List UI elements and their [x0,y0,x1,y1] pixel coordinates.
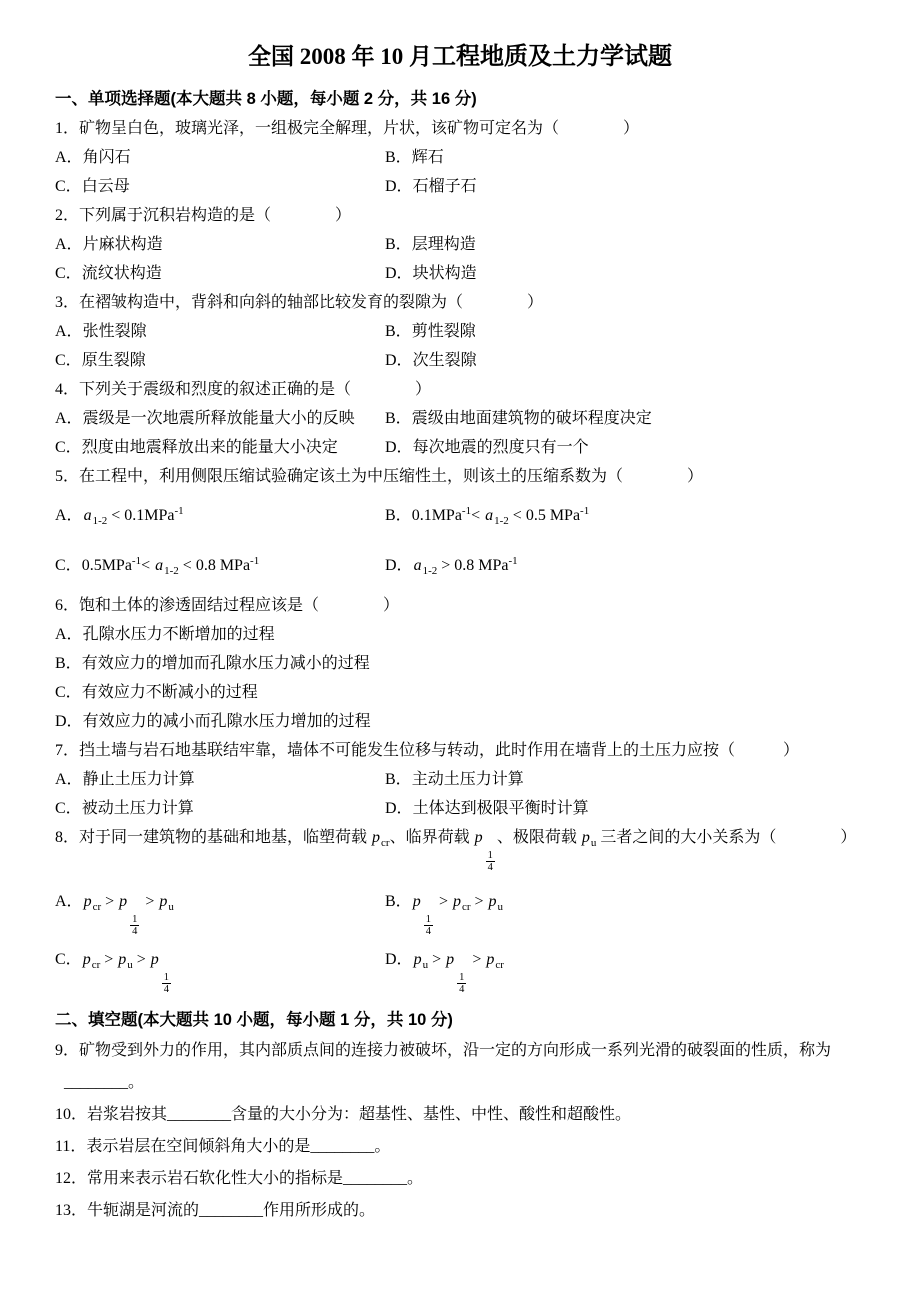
option-text: 原生裂隙 [82,352,146,369]
question-5-option-c: C．0.5MPa-1< a1-2 < 0.8 MPa-1 [55,541,385,591]
question-5-options: A．a1-2 < 0.1MPa-1 B．0.1MPa-1< a1-2 < 0.5… [55,491,865,591]
question-2-stem: 2．下列属于沉积岩构造的是（ ） [55,201,865,230]
question-9-line1: 9．矿物受到外力的作用，其内部质点间的连接力被破坏，沿一定的方向形成一系列光滑的… [55,1035,865,1067]
question-1-options: A．角闪石 B．辉石 C．白云母 D．石榴子石 [55,143,865,201]
option-text: 烈度由地震释放出来的能量大小决定 [82,439,338,456]
option-text: 辉石 [412,149,444,166]
question-8-option-c: C．pcr > pu > p14 [55,937,385,995]
option-text: 白云母 [82,178,130,195]
question-3-option-d: D．次生裂隙 [385,346,865,375]
question-7-option-a: A．静止土压力计算 [55,765,385,794]
question-7-option-c: C．被动土压力计算 [55,794,385,823]
question-4-stem: 4．下列关于震级和烈度的叙述正确的是（ ） [55,375,865,404]
question-6-option-a: A．孔隙水压力不断增加的过程 [55,620,865,649]
question-6-option-d: D．有效应力的减小而孔隙水压力增加的过程 [55,707,865,736]
question-8-stem: 8．对于同一建筑物的基础和地基，临塑荷载 pcr、临界荷载 p14、极限荷载 p… [55,823,865,879]
question-5: 5．在工程中，利用侧限压缩试验确定该土为中压缩性土，则该土的压缩系数为（ ） A… [55,462,865,591]
option-label: B． [385,410,412,427]
question-13: 13．牛轭湖是河流的________作用所形成的。 [55,1195,865,1227]
title-date: 全国 2008 年 10 月 [248,44,432,69]
question-4-options: A．震级是一次地震所释放能量大小的反映 B．震级由地面建筑物的破坏程度决定 C．… [55,404,865,462]
question-3: 3．在褶皱构造中，背斜和向斜的轴部比较发育的裂隙为（ ） A．张性裂隙 B．剪性… [55,288,865,375]
question-4-option-d: D．每次地震的烈度只有一个 [385,433,865,462]
section-two-heading: 二、填空题(本大题共 10 小题，每小题 1 分，共 10 分) [55,1005,865,1035]
option-label: A． [55,507,83,524]
question-6-stem: 6．饱和土体的渗透固结过程应该是（ ） [55,591,865,620]
question-7-option-b: B．主动土压力计算 [385,765,865,794]
exam-page: 全国 2008 年 10 月工程地质及土力学试题 一、单项选择题(本大题共 8 … [0,0,920,1302]
option-text: 每次地震的烈度只有一个 [413,439,589,456]
question-12: 12．常用来表示岩石软化性大小的指标是________。 [55,1163,865,1195]
question-3-option-c: C．原生裂隙 [55,346,385,375]
question-6-option-b: B．有效应力的增加而孔隙水压力减小的过程 [55,649,865,678]
question-2-option-d: D．块状构造 [385,259,865,288]
question-7-stem: 7．挡土墙与岩石地基联结牢靠，墙体不可能发生位移与转动，此时作用在墙背上的土压力… [55,736,865,765]
option-text: 被动土压力计算 [82,800,194,817]
question-7-options: A．静止土压力计算 B．主动土压力计算 C．被动土压力计算 D．土体达到极限平衡… [55,765,865,823]
question-4: 4．下列关于震级和烈度的叙述正确的是（ ） A．震级是一次地震所释放能量大小的反… [55,375,865,462]
option-label: B． [385,507,412,524]
page-title: 全国 2008 年 10 月工程地质及土力学试题 [55,40,865,74]
option-label: C． [55,557,82,574]
option-label: A． [55,410,83,427]
option-text: 片麻状构造 [83,236,163,253]
question-3-stem: 3．在褶皱构造中，背斜和向斜的轴部比较发育的裂隙为（ ） [55,288,865,317]
section-one-heading: 一、单项选择题(本大题共 8 小题，每小题 2 分，共 16 分) [55,84,865,114]
formula: a1-2 > 0.8 MPa-1 [413,557,518,574]
option-label: D． [385,178,413,195]
formula: pcr > p14 > pu [83,893,174,910]
option-text: 次生裂隙 [413,352,477,369]
question-1: 1．矿物呈白色，玻璃光泽，一组极完全解理，片状，该矿物可定名为（ ） A．角闪石… [55,114,865,201]
option-label: A． [55,323,83,340]
option-label: C． [55,265,82,282]
option-label: C． [55,352,82,369]
question-1-option-b: B．辉石 [385,143,865,172]
question-6: 6．饱和土体的渗透固结过程应该是（ ） A．孔隙水压力不断增加的过程 B．有效应… [55,591,865,736]
fill-in-questions: 9．矿物受到外力的作用，其内部质点间的连接力被破坏，沿一定的方向形成一系列光滑的… [55,1035,865,1227]
option-text: 主动土压力计算 [412,771,524,788]
option-text: 有效应力的减小而孔隙水压力增加的过程 [83,713,371,730]
formula: p14 > pcr > pu [412,893,503,910]
question-1-option-c: C．白云母 [55,172,385,201]
option-label: D． [385,557,413,574]
formula: pu > p14 > pcr [413,951,504,968]
question-3-options: A．张性裂隙 B．剪性裂隙 C．原生裂隙 D．次生裂隙 [55,317,865,375]
question-1-option-a: A．角闪石 [55,143,385,172]
question-3-option-b: B．剪性裂隙 [385,317,865,346]
question-2-options: A．片麻状构造 B．层理构造 C．流纹状构造 D．块状构造 [55,230,865,288]
option-label: D． [385,439,413,456]
option-text: 角闪石 [83,149,131,166]
option-label: C． [55,951,82,968]
option-label: A． [55,149,83,166]
option-label: B． [385,149,412,166]
question-11: 11．表示岩层在空间倾斜角大小的是________。 [55,1131,865,1163]
question-2: 2．下列属于沉积岩构造的是（ ） A．片麻状构造 B．层理构造 C．流纹状构造 … [55,201,865,288]
question-1-stem: 1．矿物呈白色，玻璃光泽，一组极完全解理，片状，该矿物可定名为（ ） [55,114,865,143]
option-label: C． [55,684,82,701]
question-2-option-a: A．片麻状构造 [55,230,385,259]
option-text: 剪性裂隙 [412,323,476,340]
option-label: B． [55,655,82,672]
option-label: C． [55,800,82,817]
option-label: D． [385,951,413,968]
formula: 8．对于同一建筑物的基础和地基，临塑荷载 pcr、临界荷载 p14、极限荷载 p… [55,829,856,846]
option-text: 石榴子石 [413,178,477,195]
option-label: A． [55,771,83,788]
option-text: 孔隙水压力不断增加的过程 [83,626,275,643]
option-text: 土体达到极限平衡时计算 [413,800,589,817]
option-label: A． [55,236,83,253]
option-label: C． [55,439,82,456]
formula: 0.5MPa-1< a1-2 < 0.8 MPa-1 [82,557,260,574]
question-4-option-b: B．震级由地面建筑物的破坏程度决定 [385,404,865,433]
option-label: D． [385,800,413,817]
question-8: 8．对于同一建筑物的基础和地基，临塑荷载 pcr、临界荷载 p14、极限荷载 p… [55,823,865,995]
question-8-option-b: B．p14 > pcr > pu [385,879,865,937]
option-text: 流纹状构造 [82,265,162,282]
question-8-option-a: A．pcr > p14 > pu [55,879,385,937]
question-4-option-c: C．烈度由地震释放出来的能量大小决定 [55,433,385,462]
question-1-option-d: D．石榴子石 [385,172,865,201]
question-5-option-a: A．a1-2 < 0.1MPa-1 [55,491,385,541]
option-text: 有效应力的增加而孔隙水压力减小的过程 [82,655,370,672]
question-2-option-b: B．层理构造 [385,230,865,259]
option-text: 有效应力不断减小的过程 [82,684,258,701]
option-label: B． [385,771,412,788]
question-7: 7．挡土墙与岩石地基联结牢靠，墙体不可能发生位移与转动，此时作用在墙背上的土压力… [55,736,865,823]
option-label: C． [55,178,82,195]
question-8-options: A．pcr > p14 > pu B．p14 > pcr > pu C．pcr … [55,879,865,995]
option-label: A． [55,626,83,643]
option-label: D． [55,713,83,730]
option-text: 静止土压力计算 [83,771,195,788]
option-text: 震级由地面建筑物的破坏程度决定 [412,410,652,427]
option-text: 层理构造 [412,236,476,253]
option-text: 块状构造 [413,265,477,282]
question-2-option-c: C．流纹状构造 [55,259,385,288]
formula: a1-2 < 0.1MPa-1 [83,507,184,524]
formula: 0.1MPa-1< a1-2 < 0.5 MPa-1 [412,507,590,524]
question-5-option-b: B．0.1MPa-1< a1-2 < 0.5 MPa-1 [385,491,865,541]
question-10: 10．岩浆岩按其________含量的大小分为：超基性、基性、中性、酸性和超酸性… [55,1099,865,1131]
question-7-option-d: D．土体达到极限平衡时计算 [385,794,865,823]
option-label: D． [385,352,413,369]
question-6-option-c: C．有效应力不断减小的过程 [55,678,865,707]
formula: pcr > pu > p14 [82,951,173,968]
question-4-option-a: A．震级是一次地震所释放能量大小的反映 [55,404,385,433]
question-8-option-d: D．pu > p14 > pcr [385,937,865,995]
title-subject: 工程地质及土力学试题 [432,43,672,70]
option-label: D． [385,265,413,282]
option-label: A． [55,893,83,910]
question-9-blank-line: ________。 [55,1067,865,1099]
option-label: B． [385,893,412,910]
question-3-option-a: A．张性裂隙 [55,317,385,346]
question-5-option-d: D．a1-2 > 0.8 MPa-1 [385,541,865,591]
question-5-stem: 5．在工程中，利用侧限压缩试验确定该土为中压缩性土，则该土的压缩系数为（ ） [55,462,865,491]
option-text: 震级是一次地震所释放能量大小的反映 [83,410,355,427]
option-label: B． [385,323,412,340]
option-label: B． [385,236,412,253]
option-text: 张性裂隙 [83,323,147,340]
